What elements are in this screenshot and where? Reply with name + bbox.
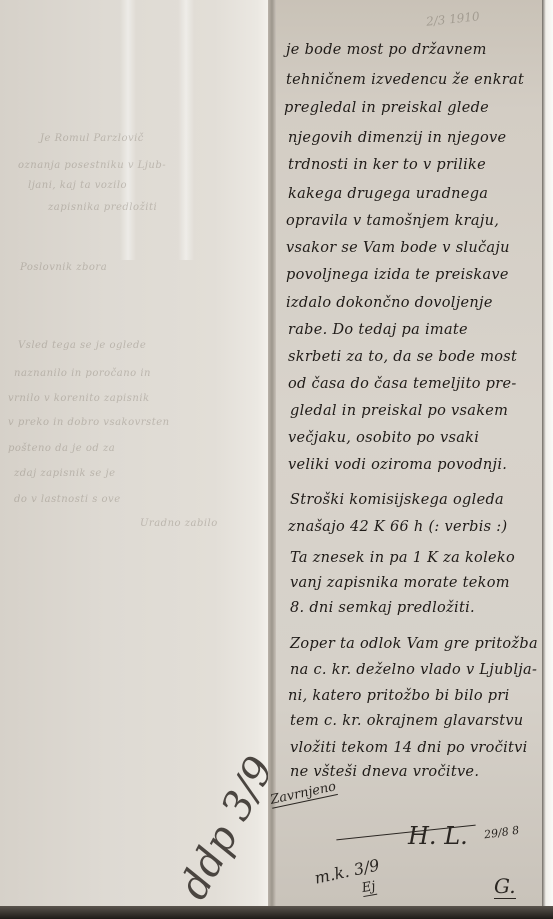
body-line: ne všteši dneva vročitve. xyxy=(290,764,479,780)
pencil-initials-left: ddp 3/9 xyxy=(171,749,284,906)
date-main: 29/8 8 xyxy=(483,824,520,842)
body-line: Ta znesek in pa 1 K za koleko xyxy=(290,550,515,566)
ghost-text-line: Uradno zabilo xyxy=(140,518,218,529)
bottom-shadow xyxy=(0,906,553,919)
left-page: Je Romul Parzlovič oznanja posestniku v … xyxy=(0,0,268,919)
faded-header-note: 2/3 1910 xyxy=(425,9,480,29)
body-line: rabe. Do tedaj pa imate xyxy=(288,322,468,338)
ghost-text-line: Poslovnik zbora xyxy=(20,262,107,273)
body-line: skrbeti za to, da se bode most xyxy=(288,349,517,365)
margin-signature: Zavrnjeno xyxy=(269,779,338,809)
body-line: tem c. kr. okrajnem glavarstvu xyxy=(290,713,523,729)
body-line-amount: znašajo 42 K 66 h (: verbis :) xyxy=(288,519,507,535)
ghost-text-line: pošteno da je od za xyxy=(8,443,115,454)
book-spine xyxy=(268,0,276,919)
body-line: tehničnem izvedencu že enkrat xyxy=(286,72,524,88)
body-line: izdalo dokončno dovoljenje xyxy=(286,295,493,311)
body-line: veliki vodi oziroma povodnji. xyxy=(288,457,507,473)
body-line: vsakor se Vam bode v slučaju xyxy=(286,240,510,256)
paper-crease xyxy=(178,0,194,260)
page-edge xyxy=(542,0,553,919)
ghost-text-line: v preko in dobro vsakovrsten xyxy=(8,417,170,428)
initials-main: H. L. xyxy=(408,822,468,850)
body-line: vanj zapisnika morate tekom xyxy=(290,575,510,591)
body-line: Stroški komisijskega ogleda xyxy=(290,492,504,508)
right-page: 2/3 1910 je bode most po državnem tehnič… xyxy=(276,0,542,919)
body-line: njegovih dimenzij in njegove xyxy=(288,130,506,146)
paper-crease xyxy=(120,0,136,260)
ghost-text-line: zdaj zapisnik se je xyxy=(14,468,116,479)
ghost-text-line: do v lastnosti s ove xyxy=(14,494,121,505)
ghost-text-line: Je Romul Parzlovič xyxy=(40,133,144,144)
body-line: ni, katero pritožbo bi bilo pri xyxy=(288,688,510,704)
ghost-text-line: oznanja posestniku v Ljub- xyxy=(18,160,166,171)
body-line: trdnosti in ker to v prilike xyxy=(288,157,486,173)
body-line: večjaku, osobito po vsaki xyxy=(288,430,479,446)
ghost-text-line: zapisnika predložiti xyxy=(48,202,157,213)
body-line: 8. dni semkaj predložiti. xyxy=(290,600,475,616)
initials-corner: G. xyxy=(494,874,516,899)
ghost-text-line: naznanilo in poročano in xyxy=(14,368,151,379)
body-line: vložiti tekom 14 dni po vročitvi xyxy=(290,740,528,756)
body-line: pregledal in preiskal glede xyxy=(284,100,489,116)
body-line: gledal in preiskal po vsakem xyxy=(290,403,508,419)
body-line: kakega drugega uradnega xyxy=(288,186,488,202)
body-line: na c. kr. deželno vlado v Ljublja- xyxy=(290,662,537,678)
body-line: opravila v tamošnjem kraju, xyxy=(286,213,499,229)
body-line: povoljnega izida te preiskave xyxy=(286,267,509,283)
body-line: Zoper ta odlok Vam gre pritožba xyxy=(290,636,538,652)
ghost-text-line: Vsled tega se je oglede xyxy=(18,340,146,351)
ghost-text-line: ljani, kaj ta vozilo xyxy=(28,180,127,191)
body-line: od časa do časa temeljito pre- xyxy=(288,376,517,392)
body-line: je bode most po državnem xyxy=(286,42,487,58)
initials-lower-2: Ej xyxy=(361,879,377,897)
ghost-text-line: vrnilo v korenito zapisnik xyxy=(8,393,150,404)
